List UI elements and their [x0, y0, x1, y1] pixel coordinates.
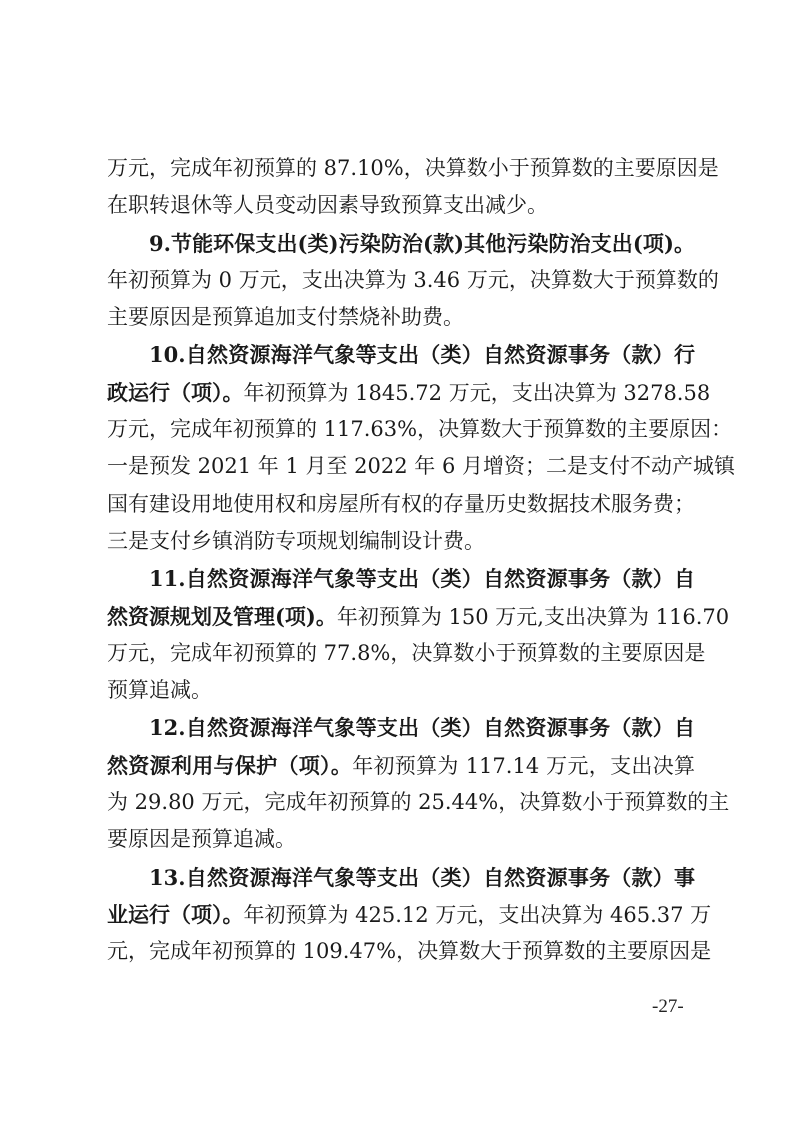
heading-text: 政运行（项）。: [107, 380, 244, 405]
item-heading: 9.节能环保支出(类)污染防治(款)其他污染防治支出(项)。: [107, 225, 695, 262]
line-text: 在职转退休等人员变动因素导致预算支出减少。: [107, 193, 548, 217]
paragraph-item-11: 11.自然资源海洋气象等支出（类）自然资源事务（款）自 然资源规划及管理(项)。…: [107, 560, 695, 709]
paragraph-item-9: 9.节能环保支出(类)污染防治(款)其他污染防治支出(项)。 年初预算为 0 万…: [107, 225, 695, 337]
heading-text: 9.节能环保支出(类)污染防治(款)其他污染防治支出(项)。: [149, 231, 695, 256]
heading-text: 13.自然资源海洋气象等支出（类）自然资源事务（款）事: [149, 865, 695, 890]
text-line: 万元，完成年初预算的 87.10%，决算数小于预算数的主要原因是: [107, 150, 695, 187]
page-number: -27-: [652, 996, 684, 1018]
line-text: 主要原因是预算追加支付禁烧补助费。: [107, 305, 464, 329]
line-text: 国有建设用地使用权和房屋所有权的存量历史数据技术服务费；: [107, 492, 695, 516]
line-text: 年初预算为 150 万元,支出决算为 116.70: [337, 605, 729, 629]
line-text: 年初预算为 0 万元，支出决算为 3.46 万元，决算数大于预算数的: [107, 268, 719, 292]
text-line: 主要原因是预算追加支付禁烧补助费。: [107, 299, 695, 336]
heading-text: 11.自然资源海洋气象等支出（类）自然资源事务（款）自: [149, 566, 695, 591]
text-line: 在职转退休等人员变动因素导致预算支出减少。: [107, 187, 695, 224]
heading-text: 然资源利用与保护（项）。: [107, 753, 352, 778]
line-text: 三是支付乡镇消防专项规划编制设计费。: [107, 529, 485, 553]
paragraph-item-12: 12.自然资源海洋气象等支出（类）自然资源事务（款）自 然资源利用与保护（项）。…: [107, 709, 695, 858]
item-heading: 13.自然资源海洋气象等支出（类）自然资源事务（款）事: [107, 859, 695, 896]
item-heading: 10.自然资源海洋气象等支出（类）自然资源事务（款）行: [107, 336, 695, 373]
line-text: 一是预发 2021 年 1 月至 2022 年 6 月增资；二是支付不动产城镇: [107, 454, 735, 478]
line-text: 要原因是预算追减。: [107, 827, 296, 851]
line-text: 年初预算为 1845.72 万元，支出决算为 3278.58: [244, 381, 711, 405]
line-text: 预算追减。: [107, 678, 212, 702]
text-line: 元，完成年初预算的 109.47%，决算数大于预算数的主要原因是: [107, 933, 695, 970]
item-heading: 12.自然资源海洋气象等支出（类）自然资源事务（款）自: [107, 709, 695, 746]
text-line: 为 29.80 万元，完成年初预算的 25.44%，决算数小于预算数的主: [107, 784, 695, 821]
text-line: 政运行（项）。年初预算为 1845.72 万元，支出决算为 3278.58: [107, 374, 695, 411]
text-line: 万元，完成年初预算的 117.63%，决算数大于预算数的主要原因：: [107, 411, 695, 448]
text-line: 国有建设用地使用权和房屋所有权的存量历史数据技术服务费；: [107, 486, 695, 523]
line-text: 万元，完成年初预算的 117.63%，决算数大于预算数的主要原因：: [107, 417, 732, 441]
line-text: 年初预算为 117.14 万元，支出决算: [352, 754, 695, 778]
heading-text: 12.自然资源海洋气象等支出（类）自然资源事务（款）自: [149, 715, 695, 740]
item-heading: 11.自然资源海洋气象等支出（类）自然资源事务（款）自: [107, 560, 695, 597]
paragraph-continuation: 万元，完成年初预算的 87.10%，决算数小于预算数的主要原因是 在职转退休等人…: [107, 150, 695, 225]
line-text: 年初预算为 425.12 万元，支出决算为 465.37 万: [244, 903, 712, 927]
text-line: 要原因是预算追减。: [107, 821, 695, 858]
text-line: 万元，完成年初预算的 77.8%，决算数小于预算数的主要原因是: [107, 635, 695, 672]
text-line: 业运行（项）。年初预算为 425.12 万元，支出决算为 465.37 万: [107, 896, 695, 933]
paragraph-item-10: 10.自然资源海洋气象等支出（类）自然资源事务（款）行 政运行（项）。年初预算为…: [107, 336, 695, 560]
heading-text: 然资源规划及管理(项)。: [107, 604, 337, 629]
text-line: 然资源利用与保护（项）。年初预算为 117.14 万元，支出决算: [107, 747, 695, 784]
line-text: 元，完成年初预算的 109.47%，决算数大于预算数的主要原因是: [107, 939, 711, 963]
line-text: 为 29.80 万元，完成年初预算的 25.44%，决算数小于预算数的主: [107, 790, 729, 814]
text-line: 年初预算为 0 万元，支出决算为 3.46 万元，决算数大于预算数的: [107, 262, 695, 299]
heading-text: 10.自然资源海洋气象等支出（类）自然资源事务（款）行: [149, 342, 695, 367]
text-line: 一是预发 2021 年 1 月至 2022 年 6 月增资；二是支付不动产城镇: [107, 448, 695, 485]
text-line: 然资源规划及管理(项)。年初预算为 150 万元,支出决算为 116.70: [107, 598, 695, 635]
line-text: 万元，完成年初预算的 87.10%，决算数小于预算数的主要原因是: [107, 156, 719, 180]
document-body: 万元，完成年初预算的 87.10%，决算数小于预算数的主要原因是 在职转退休等人…: [107, 150, 695, 971]
line-text: 万元，完成年初预算的 77.8%，决算数小于预算数的主要原因是: [107, 641, 705, 665]
text-line: 三是支付乡镇消防专项规划编制设计费。: [107, 523, 695, 560]
heading-text: 业运行（项）。: [107, 902, 244, 927]
text-line: 预算追减。: [107, 672, 695, 709]
paragraph-item-13: 13.自然资源海洋气象等支出（类）自然资源事务（款）事 业运行（项）。年初预算为…: [107, 859, 695, 971]
